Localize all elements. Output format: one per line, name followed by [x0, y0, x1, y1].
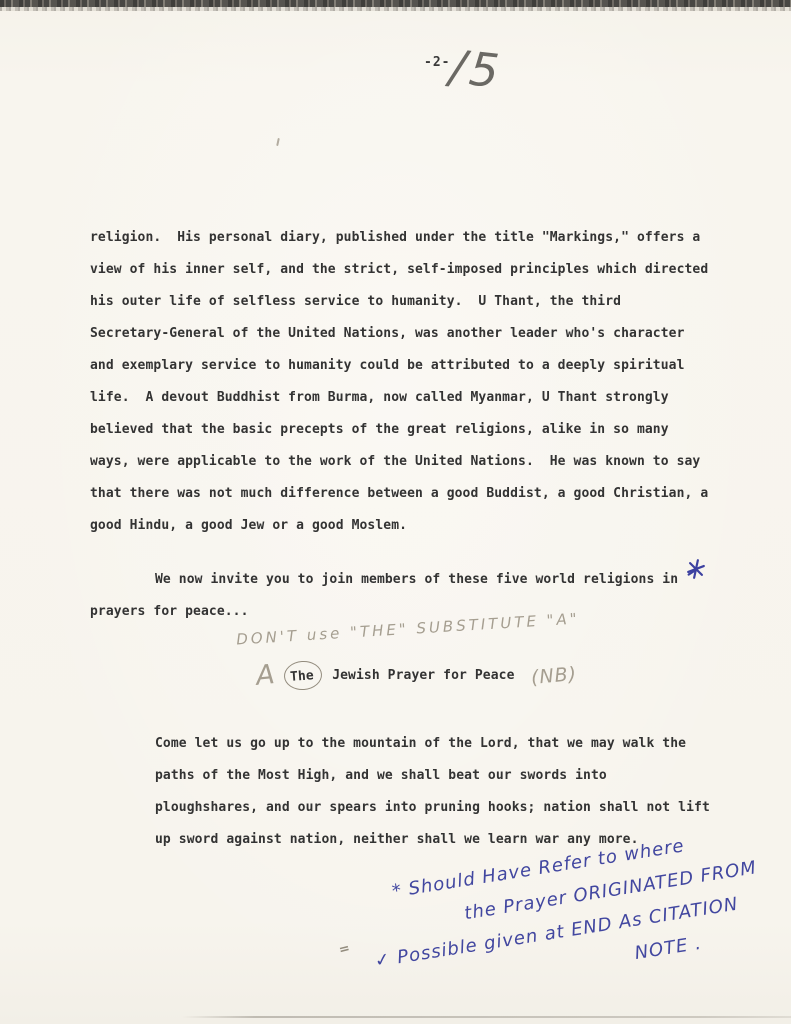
body-paragraph: religion. His personal diary, published … [90, 222, 708, 542]
scan-speck [276, 138, 280, 146]
document-page: -2- /5 religion. His personal diary, pub… [0, 0, 791, 1024]
invitation-line-2: prayers for peace... [90, 596, 249, 628]
page-number: -2- [424, 55, 450, 70]
pencil-circle: The [284, 660, 324, 692]
paragraph-line: believed that the basic precepts of the … [90, 414, 708, 446]
paragraph-line: view of his inner self, and the strict, … [90, 254, 708, 286]
circled-word: The [290, 668, 315, 685]
scan-artifact-top-edge [0, 0, 791, 7]
prayer-quote: Come let us go up to the mountain of the… [155, 728, 710, 856]
scan-artifact-bottom-edge [182, 1016, 791, 1018]
paragraph-line: life. A devout Buddhist from Burma, now … [90, 382, 708, 414]
paragraph-line: and exemplary service to humanity could … [90, 350, 708, 382]
pencil-equals-mark: = [337, 941, 351, 958]
paragraph-line: good Hindu, a good Jew or a good Moslem. [90, 510, 708, 542]
paragraph-line: Secretary-General of the United Nations,… [90, 318, 708, 350]
scan-artifact-top-edge-secondary [0, 7, 791, 11]
quote-line: Come let us go up to the mountain of the… [155, 728, 710, 760]
paragraph-line: that there was not much difference betwe… [90, 478, 708, 510]
paragraph-line: ways, were applicable to the work of the… [90, 446, 708, 478]
heading-typed-text: Jewish Prayer for Peace [324, 668, 514, 683]
paragraph-line: religion. His personal diary, published … [90, 222, 708, 254]
handwritten-nb-note: (NB) [530, 663, 578, 689]
paragraph-line: his outer life of selfless service to hu… [90, 286, 708, 318]
invitation-line-1: We now invite you to join members of the… [155, 564, 678, 596]
handwritten-page-fraction: /5 [447, 39, 505, 98]
prayer-heading: A The Jewish Prayer for Peace (NB) [256, 660, 577, 691]
handwritten-asterisk-icon [686, 558, 706, 584]
quote-line: ploughshares, and our spears into prunin… [155, 792, 710, 824]
quote-line: paths of the Most High, and we shall bea… [155, 760, 710, 792]
handwritten-letter-a: A [254, 659, 276, 692]
pencil-edit-note: DON'T use "THE" SUBSTITUTE "A" [236, 610, 580, 649]
